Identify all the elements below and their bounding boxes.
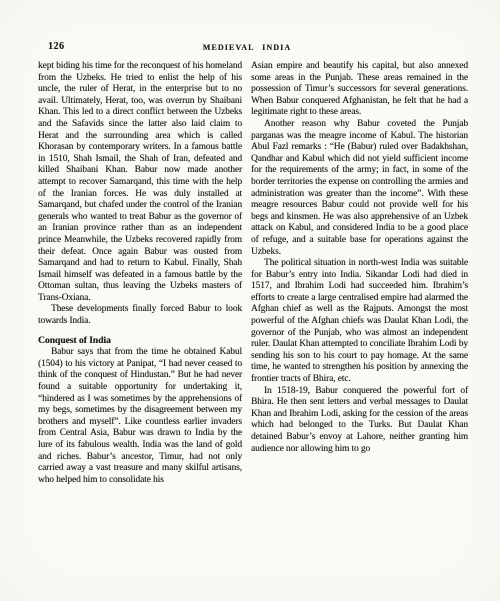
- paragraph: Another reason why Babur coveted the Pun…: [251, 119, 468, 258]
- paragraph: The political situation in north-west In…: [251, 258, 468, 386]
- right-column: Asian empire and beautify his capital, b…: [251, 61, 468, 486]
- text-columns: kept biding his time for the reconquest …: [38, 61, 468, 486]
- paragraph: Babur says that from the time he obtaine…: [38, 347, 242, 486]
- running-head: 126 MEDIEVAL INDIA: [0, 41, 500, 53]
- left-column: kept biding his time for the reconquest …: [38, 61, 242, 486]
- section-heading: Conquest of India: [38, 335, 242, 347]
- page-number: 126: [48, 41, 65, 52]
- paragraph: In 1518-19, Babur conquered the powerful…: [251, 386, 468, 456]
- book-page-scan: 126 MEDIEVAL INDIA kept biding his time …: [0, 0, 500, 601]
- paragraph: Asian empire and beautify his capital, b…: [251, 61, 468, 119]
- paragraph: kept biding his time for the reconquest …: [38, 61, 242, 304]
- running-title: MEDIEVAL INDIA: [147, 43, 347, 52]
- paragraph: These developments finally forced Babur …: [38, 304, 242, 327]
